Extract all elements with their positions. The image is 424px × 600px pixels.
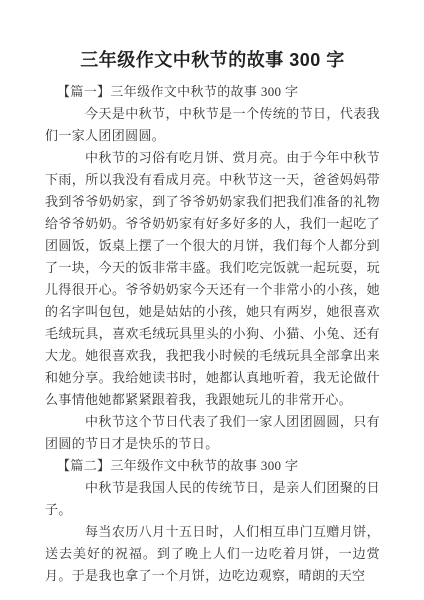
page-title: 三年级作文中秋节的故事 300 字: [45, 47, 380, 73]
essay-body: 【篇一】三年级作文中秋节的故事 300 字今天是中秋节，中秋节是一个传统的节日，…: [45, 81, 380, 587]
essay-paragraph: 今天是中秋节，中秋节是一个传统的节日，代表我们一家人团团圆圆。: [45, 103, 380, 147]
section-header: 【篇二】三年级作文中秋节的故事 300 字: [45, 455, 380, 477]
essay-paragraph: 每当农历八月十五日时，人们相互串门互赠月饼，送去美好的祝福。到了晚上人们一边吃着…: [45, 521, 380, 587]
essay-paragraph: 中秋节的习俗有吃月饼、赏月亮。由于今年中秋节下雨，所以我没有看成月亮。中秋节这一…: [45, 147, 380, 411]
essay-paragraph: 中秋节这个节日代表了我们一家人团团圆圆，只有团圆的节日才是快乐的节日。: [45, 411, 380, 455]
essay-paragraph: 中秋节是我国人民的传统节日，是亲人们团聚的日子。: [45, 477, 380, 521]
document-page: 三年级作文中秋节的故事 300 字 【篇一】三年级作文中秋节的故事 300 字今…: [0, 0, 424, 600]
section-header: 【篇一】三年级作文中秋节的故事 300 字: [45, 81, 380, 103]
